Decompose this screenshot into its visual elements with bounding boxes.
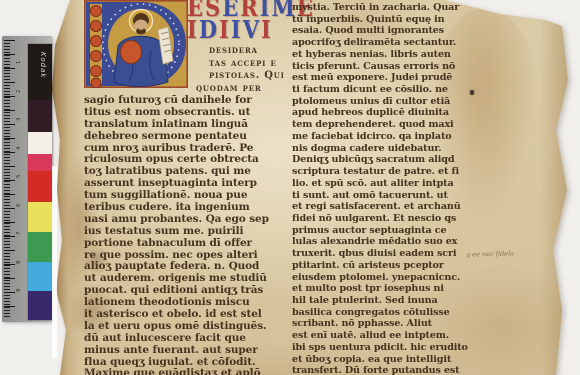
text-line: titus est nom obsecrantis. ut <box>84 107 292 119</box>
text-line: mystia. Terciū in zacharia. Quar <box>292 2 470 14</box>
text-line: et ūboʒ copia. ea que intelligit <box>292 354 470 366</box>
opening-line: tas accepi e <box>209 58 277 69</box>
color-chip-magenta <box>28 154 52 171</box>
text-line: ticis pferunt. Causas erroris nō <box>292 61 470 73</box>
text-line: basilica congregatos cōtulisse <box>292 307 470 319</box>
text-line: apocrifoʒ deliramēta sectantur. <box>292 37 470 49</box>
text-line: me faciebat idcirco. qa inplato <box>292 131 470 143</box>
text-line: uasi amu probantes. Qa ego sep <box>84 214 292 226</box>
text-line: eiusdem ptolomei. ynepacnicnc. <box>292 272 470 284</box>
text-line: apud hebreos duplicē diuinita <box>292 107 470 119</box>
text-line: et regi satisfacerent. et archanū <box>292 201 470 213</box>
text-line: et multo post tpr iosephus ni <box>292 283 470 295</box>
color-chip-yellow <box>28 202 52 232</box>
display-capital: I <box>219 17 229 42</box>
historiated-initial-D <box>84 0 188 88</box>
color-chip-dark-maroon <box>28 100 52 132</box>
opening-line: desidera <box>209 45 258 56</box>
text-line: dū aut inlucescere facit que <box>84 333 292 345</box>
text-line: primus auctor septuaginta ce <box>292 225 470 237</box>
text-line: et hyberas nenias. libris auten <box>292 49 470 61</box>
display-capital: D <box>199 17 217 42</box>
display-capital: I <box>187 17 197 42</box>
text-line: dehebreo sermone pentateu <box>84 131 292 143</box>
color-chip-violet <box>28 291 52 320</box>
text-line: ius testatus sum me. puirili <box>84 226 292 238</box>
ruler-numbers: 123456789 <box>14 48 24 305</box>
display-capital: I <box>261 17 271 42</box>
text-line: ibi sps uentura pdicit. hic erudito <box>292 342 470 354</box>
color-card-edge <box>52 166 57 358</box>
parchment-page: ESERIME IDIIVI desidera tas accepi e pis… <box>0 0 580 375</box>
text-line: Maxime que euāglistaʒ et aplō <box>84 368 292 375</box>
manuscript-photograph: ESERIME IDIIVI desidera tas accepi e pis… <box>0 0 580 375</box>
color-chip-green <box>28 232 52 262</box>
opening-line: quodam per <box>196 83 261 94</box>
text-line: Deniqʒ ubicūqʒ sacratum aliqd <box>292 154 470 166</box>
text-line: est meū exponere. Judei prudē <box>292 72 470 84</box>
opening-line: pistolas. Qui <box>209 70 285 81</box>
text-line: lio. et spū scō. aut aliter intpta <box>292 178 470 190</box>
marginal-note: q ee nec fidela <box>466 249 514 258</box>
text-line: minus ante fuerant. aut super <box>84 345 292 357</box>
left-text-column: sagio futuroʒ cū danihele fortitus est n… <box>84 95 292 375</box>
text-line: ti factum dicunt ee cōsilio. ne <box>292 84 470 96</box>
parchment-shadow: ESERIME IDIIVI desidera tas accepi e pis… <box>0 0 580 375</box>
color-chip-white <box>28 132 52 154</box>
display-capital: I <box>231 17 241 42</box>
text-line: translatum inlatinam linguā <box>84 119 292 131</box>
text-line: hil tale ptulerint. Sed inuna <box>292 295 470 307</box>
text-line: tem deprehenderet. quod maxi <box>292 119 470 131</box>
text-line: transfert. Dū forte putandus est <box>292 365 470 375</box>
text-line: est enī uatē. aliud ee intptem. <box>292 330 470 342</box>
text-line: truxerit. qbus diuisi eadem scri <box>292 248 470 260</box>
text-line: lulas alexandrie mēdatio suo ex <box>292 236 470 248</box>
kodak-label: Kodak <box>29 52 47 102</box>
text-line: scribant. nō pphasse. Aliut <box>292 318 470 330</box>
display-capital: V <box>243 17 259 42</box>
text-line: fidei nō uulgarent. Et nescio qs <box>292 213 470 225</box>
text-line: scriptura testatur de patre. et fi <box>292 166 470 178</box>
text-line: nis dogma cadere uidebatur. <box>292 143 470 155</box>
text-line: portione tabnaculum dī offer <box>84 238 292 250</box>
text-line: esaia. Quod multi ignorantes <box>292 25 470 37</box>
display-capitals-row2: IDIIVI <box>187 19 271 41</box>
parchment-right-edge <box>540 0 570 375</box>
color-chip-cyan <box>28 262 52 291</box>
initial-figure-svg <box>84 0 188 88</box>
wormhole <box>470 90 474 95</box>
right-text-column: mystia. Terciū in zacharia. Quartū inpue… <box>292 2 470 375</box>
text-line: tū inpuerbiis. Quintū equę in <box>292 14 470 26</box>
color-chip-red <box>28 171 52 202</box>
text-line: ti sunt. aut omō tacuerunt. ut <box>292 190 470 202</box>
text-line: ptolomeus unius dī cultor etiā <box>292 96 470 108</box>
text-line: ptitarint. cū aristeus pceptor <box>292 260 470 272</box>
